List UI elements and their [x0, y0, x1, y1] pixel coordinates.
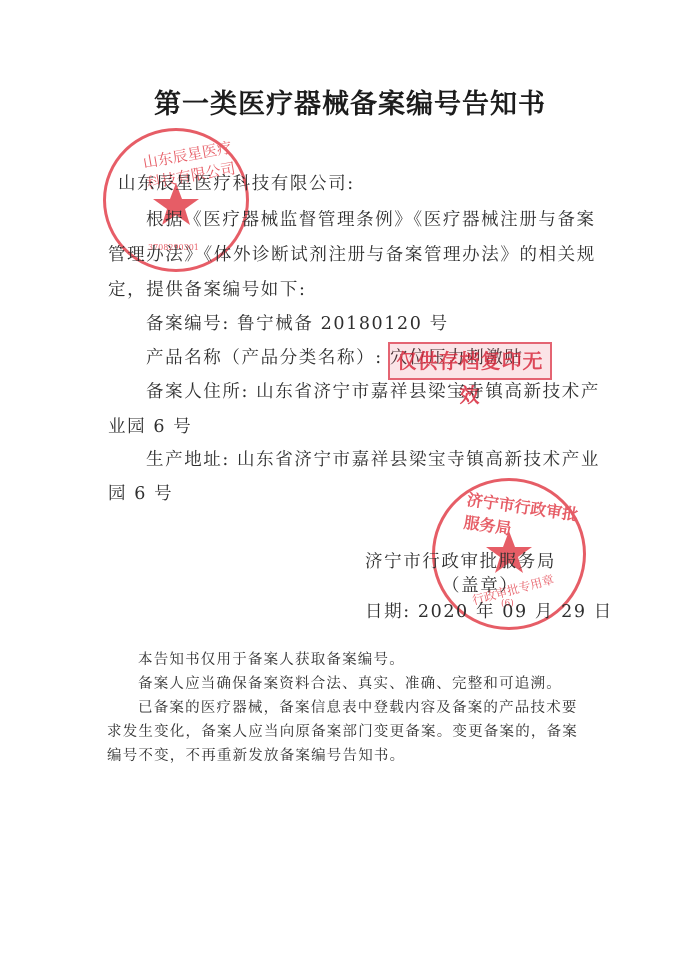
note-3-line-2: 求发生变化，备案人应当向原备案部门变更备案。变更备案的，备案 [107, 720, 578, 741]
copy-invalid-stamp: 仅供存档复印无效 [388, 342, 552, 380]
issuer: 济宁市行政审批服务局 [365, 548, 556, 573]
document-title: 第一类医疗器械备案编号告知书 [0, 82, 700, 121]
production-address-line-2: 园 6 号 [108, 480, 173, 505]
intro-line-1: 根据《医疗器械监督管理条例》《医疗器械注册与备案 [146, 206, 596, 231]
intro-line-3: 定，提供备案编号如下: [108, 276, 307, 301]
note-3-line-3: 编号不变，不再重新发放备案编号告知书。 [107, 744, 405, 765]
intro-line-2: 管理办法》《体外诊断试剂注册与备案管理办法》的相关规 [108, 241, 596, 266]
addressee: 山东辰星医疗科技有限公司: [118, 170, 355, 195]
record-number: 备案编号: 鲁宁械备 20180120 号 [146, 310, 449, 335]
registrant-address-line-1: 备案人住所: 山东省济宁市嘉祥县梁宝寺镇高新技术产 [146, 378, 600, 403]
note-3-line-1: 已备案的医疗器械，备案信息表中登载内容及备案的产品技术要 [138, 696, 578, 717]
production-address-line-1: 生产地址: 山东省济宁市嘉祥县梁宝寺镇高新技术产业 [146, 446, 600, 471]
note-2: 备案人应当确保备案资料合法、真实、准确、完整和可追溯。 [138, 672, 562, 693]
seal-note: （盖章） [442, 572, 518, 597]
registrant-address-line-2: 业园 6 号 [108, 413, 192, 438]
issue-date: 日期: 2020 年 09 月 29 日 [365, 598, 613, 623]
note-1: 本告知书仅用于备案人获取备案编号。 [138, 648, 405, 669]
